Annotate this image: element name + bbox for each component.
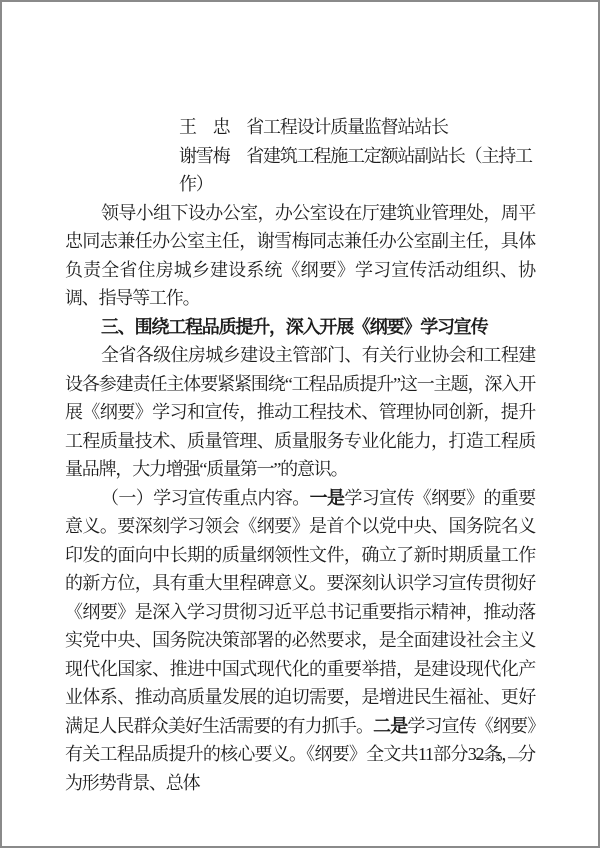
page-number: — 5 — bbox=[476, 750, 523, 766]
text-segment-kaiti: （一）学习宣传重点内容。 bbox=[101, 488, 310, 508]
document-body: 王 忠 省工程设计质量监督站站长谢雪梅 省建筑工程施工定额站副站长（主持工作）领… bbox=[65, 113, 535, 797]
section-heading-three: 三、围绕工程品质提升，深入开展《纲要》学习宣传 bbox=[65, 313, 535, 342]
text-segment-heading: 三、围绕工程品质提升，深入开展《纲要》学习宣传 bbox=[101, 317, 487, 337]
text-segment-bold: 一是 bbox=[310, 488, 345, 508]
text-segment-normal: 全省各级住房城乡建设主管部门、有关行业协会和工程建设各参建责任主体要紧紧围绕“工… bbox=[65, 345, 535, 479]
text-segment-normal: 王 忠 省工程设计质量监督站站长 bbox=[179, 117, 448, 137]
paragraph-key-content: （一）学习宣传重点内容。一是学习宣传《纲要》的重要意义。要深刻学习领会《纲要》是… bbox=[65, 484, 535, 798]
text-segment-normal: 学习宣传《纲要》的重要意义。要深刻学习领会《纲要》是首个以党中央、国务院名义印发… bbox=[65, 488, 535, 736]
paragraph-office-setup: 领导小组下设办公室，办公室设在厅建筑业管理处，周平忠同志兼任办公室主任，谢雪梅同… bbox=[65, 199, 535, 313]
name-line-xiexuemei: 谢雪梅 省建筑工程施工定额站副站长（主持工作） bbox=[65, 142, 535, 199]
text-segment-normal: 领导小组下设办公室，办公室设在厅建筑业管理处，周平忠同志兼任办公室主任，谢雪梅同… bbox=[65, 203, 535, 309]
paragraph-theme: 全省各级住房城乡建设主管部门、有关行业协会和工程建设各参建责任主体要紧紧围绕“工… bbox=[65, 341, 535, 484]
document-page: 王 忠 省工程设计质量监督站站长谢雪梅 省建筑工程施工定额站副站长（主持工作）领… bbox=[0, 0, 600, 848]
name-line-wangzhong: 王 忠 省工程设计质量监督站站长 bbox=[65, 113, 535, 142]
text-segment-normal: 谢雪梅 省建筑工程施工定额站副站长（主持工作） bbox=[179, 146, 532, 195]
text-segment-bold: 二是 bbox=[373, 716, 407, 736]
